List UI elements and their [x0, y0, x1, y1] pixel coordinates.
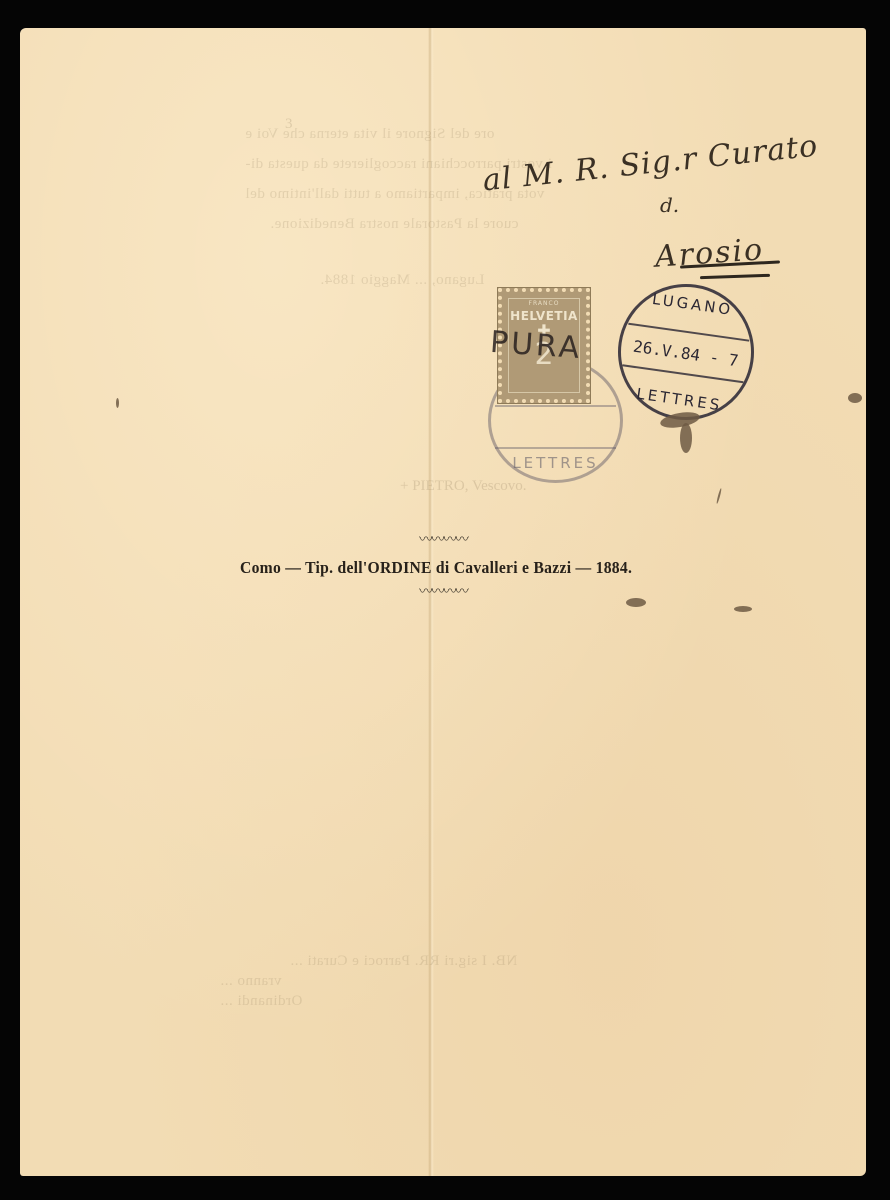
- ink-mark: [716, 488, 722, 504]
- bleed-line: Lugano, ... Maggio 1884.: [320, 272, 484, 289]
- bleed-line: ore del Signore il vita eterna che Voi e: [245, 126, 494, 143]
- ink-blot: [848, 393, 862, 403]
- bleed-line: NB. I sig.ri RR. Parroci e Curati ...: [290, 953, 517, 970]
- bleed-line: vranno ...: [220, 973, 282, 990]
- address-line-of: d.: [660, 193, 679, 217]
- stamp-franco-label: FRANCO: [509, 300, 579, 307]
- bleed-line: cuore la Pastorale nostra Benedizione.: [270, 216, 519, 233]
- bleed-line: Ordinandi ...: [220, 993, 302, 1010]
- pura-overprint: PURA: [489, 325, 583, 366]
- bleed-line: + PIETRO, Vescovo.: [400, 478, 527, 495]
- postmark-date: 26.V.84 - 7: [632, 336, 740, 370]
- ink-mark: [116, 398, 119, 408]
- document-page: 3 ore del Signore il vita eterna che Voi…: [20, 28, 866, 1176]
- address-line-town: Arosio: [654, 232, 765, 275]
- ornament-bottom: 〰〰〰〰: [20, 586, 866, 598]
- address-line-recipient: al M. R. Sig.r Curato: [481, 128, 820, 198]
- printer-imprint: Como — Tip. dell'ORDINE di Cavalleri e B…: [240, 558, 816, 578]
- ink-blot: [734, 606, 752, 612]
- ink-blot: [626, 598, 646, 607]
- postmark-lugano: LUGANO 26.V.84 - 7 LETTRES: [609, 275, 763, 429]
- postmark-town: LUGANO: [627, 287, 758, 323]
- printer-imprint-block: 〰〰〰〰 Como — Tip. dell'ORDINE di Cavaller…: [20, 534, 866, 598]
- ink-blot: [680, 423, 692, 453]
- ornament-top: 〰〰〰〰: [20, 534, 866, 546]
- address-underline: [700, 274, 770, 279]
